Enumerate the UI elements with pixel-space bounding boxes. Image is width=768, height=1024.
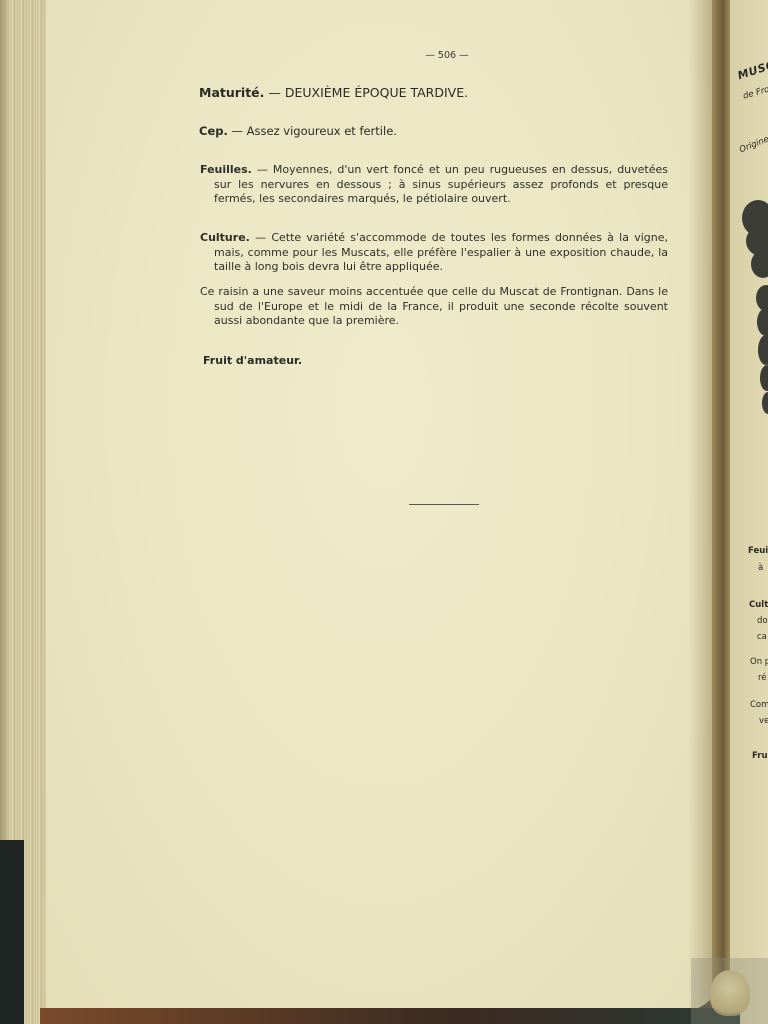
- table-surface: [40, 1008, 740, 1024]
- facing-line: Feuille: [748, 546, 768, 556]
- facing-line: On p: [750, 657, 768, 667]
- section-text: DEUXIÈME ÉPOQUE TARDIVE.: [285, 85, 468, 100]
- facing-line: à: [758, 563, 763, 573]
- page-number: — 506 —: [412, 50, 482, 61]
- facing-line: Com: [750, 700, 768, 710]
- section-saveur: Ce raisin a une saveur moins accentuée q…: [200, 285, 668, 329]
- section-culture: Culture. — Cette variété s'accommode de …: [200, 231, 668, 275]
- section-fruit: Fruit d'amateur.: [203, 354, 302, 367]
- section-text: Ce raisin a une saveur moins accentuée q…: [200, 285, 668, 327]
- facing-line: ca: [757, 632, 767, 642]
- watermark-overlay: [691, 958, 768, 1024]
- left-page: [46, 0, 718, 1012]
- section-text: Assez vigoureux et fertile.: [247, 124, 397, 138]
- section-text: Cette variété s'accommode de toutes les …: [214, 231, 668, 273]
- section-label: Feuilles.: [200, 163, 252, 176]
- section-maturite: Maturité. — DEUXIÈME ÉPOQUE TARDIVE.: [199, 85, 468, 100]
- em-dash: —: [252, 163, 273, 176]
- facing-line: Frui: [752, 751, 768, 761]
- section-text: Moyennes, d'un vert foncé et un peu rugu…: [214, 163, 668, 205]
- facing-line: ré: [758, 673, 767, 683]
- em-dash: —: [264, 85, 284, 100]
- em-dash: —: [250, 231, 271, 244]
- section-feuilles: Feuilles. — Moyennes, d'un vert foncé et…: [200, 163, 668, 207]
- book-photo: — 506 — Maturité. — DEUXIÈME ÉPOQUE TARD…: [0, 0, 768, 1024]
- section-label: Culture.: [200, 231, 250, 244]
- section-divider: [409, 504, 479, 505]
- background-shadow: [0, 840, 24, 1024]
- facing-line: Cultu: [749, 600, 768, 610]
- section-cep: Cep. — Assez vigoureux et fertile.: [199, 124, 397, 138]
- facing-line: ve: [759, 716, 768, 726]
- section-label: Maturité.: [199, 85, 264, 100]
- facing-page: [730, 0, 768, 1024]
- facing-line: do: [757, 616, 768, 626]
- em-dash: —: [228, 124, 247, 138]
- section-label: Cep.: [199, 124, 228, 138]
